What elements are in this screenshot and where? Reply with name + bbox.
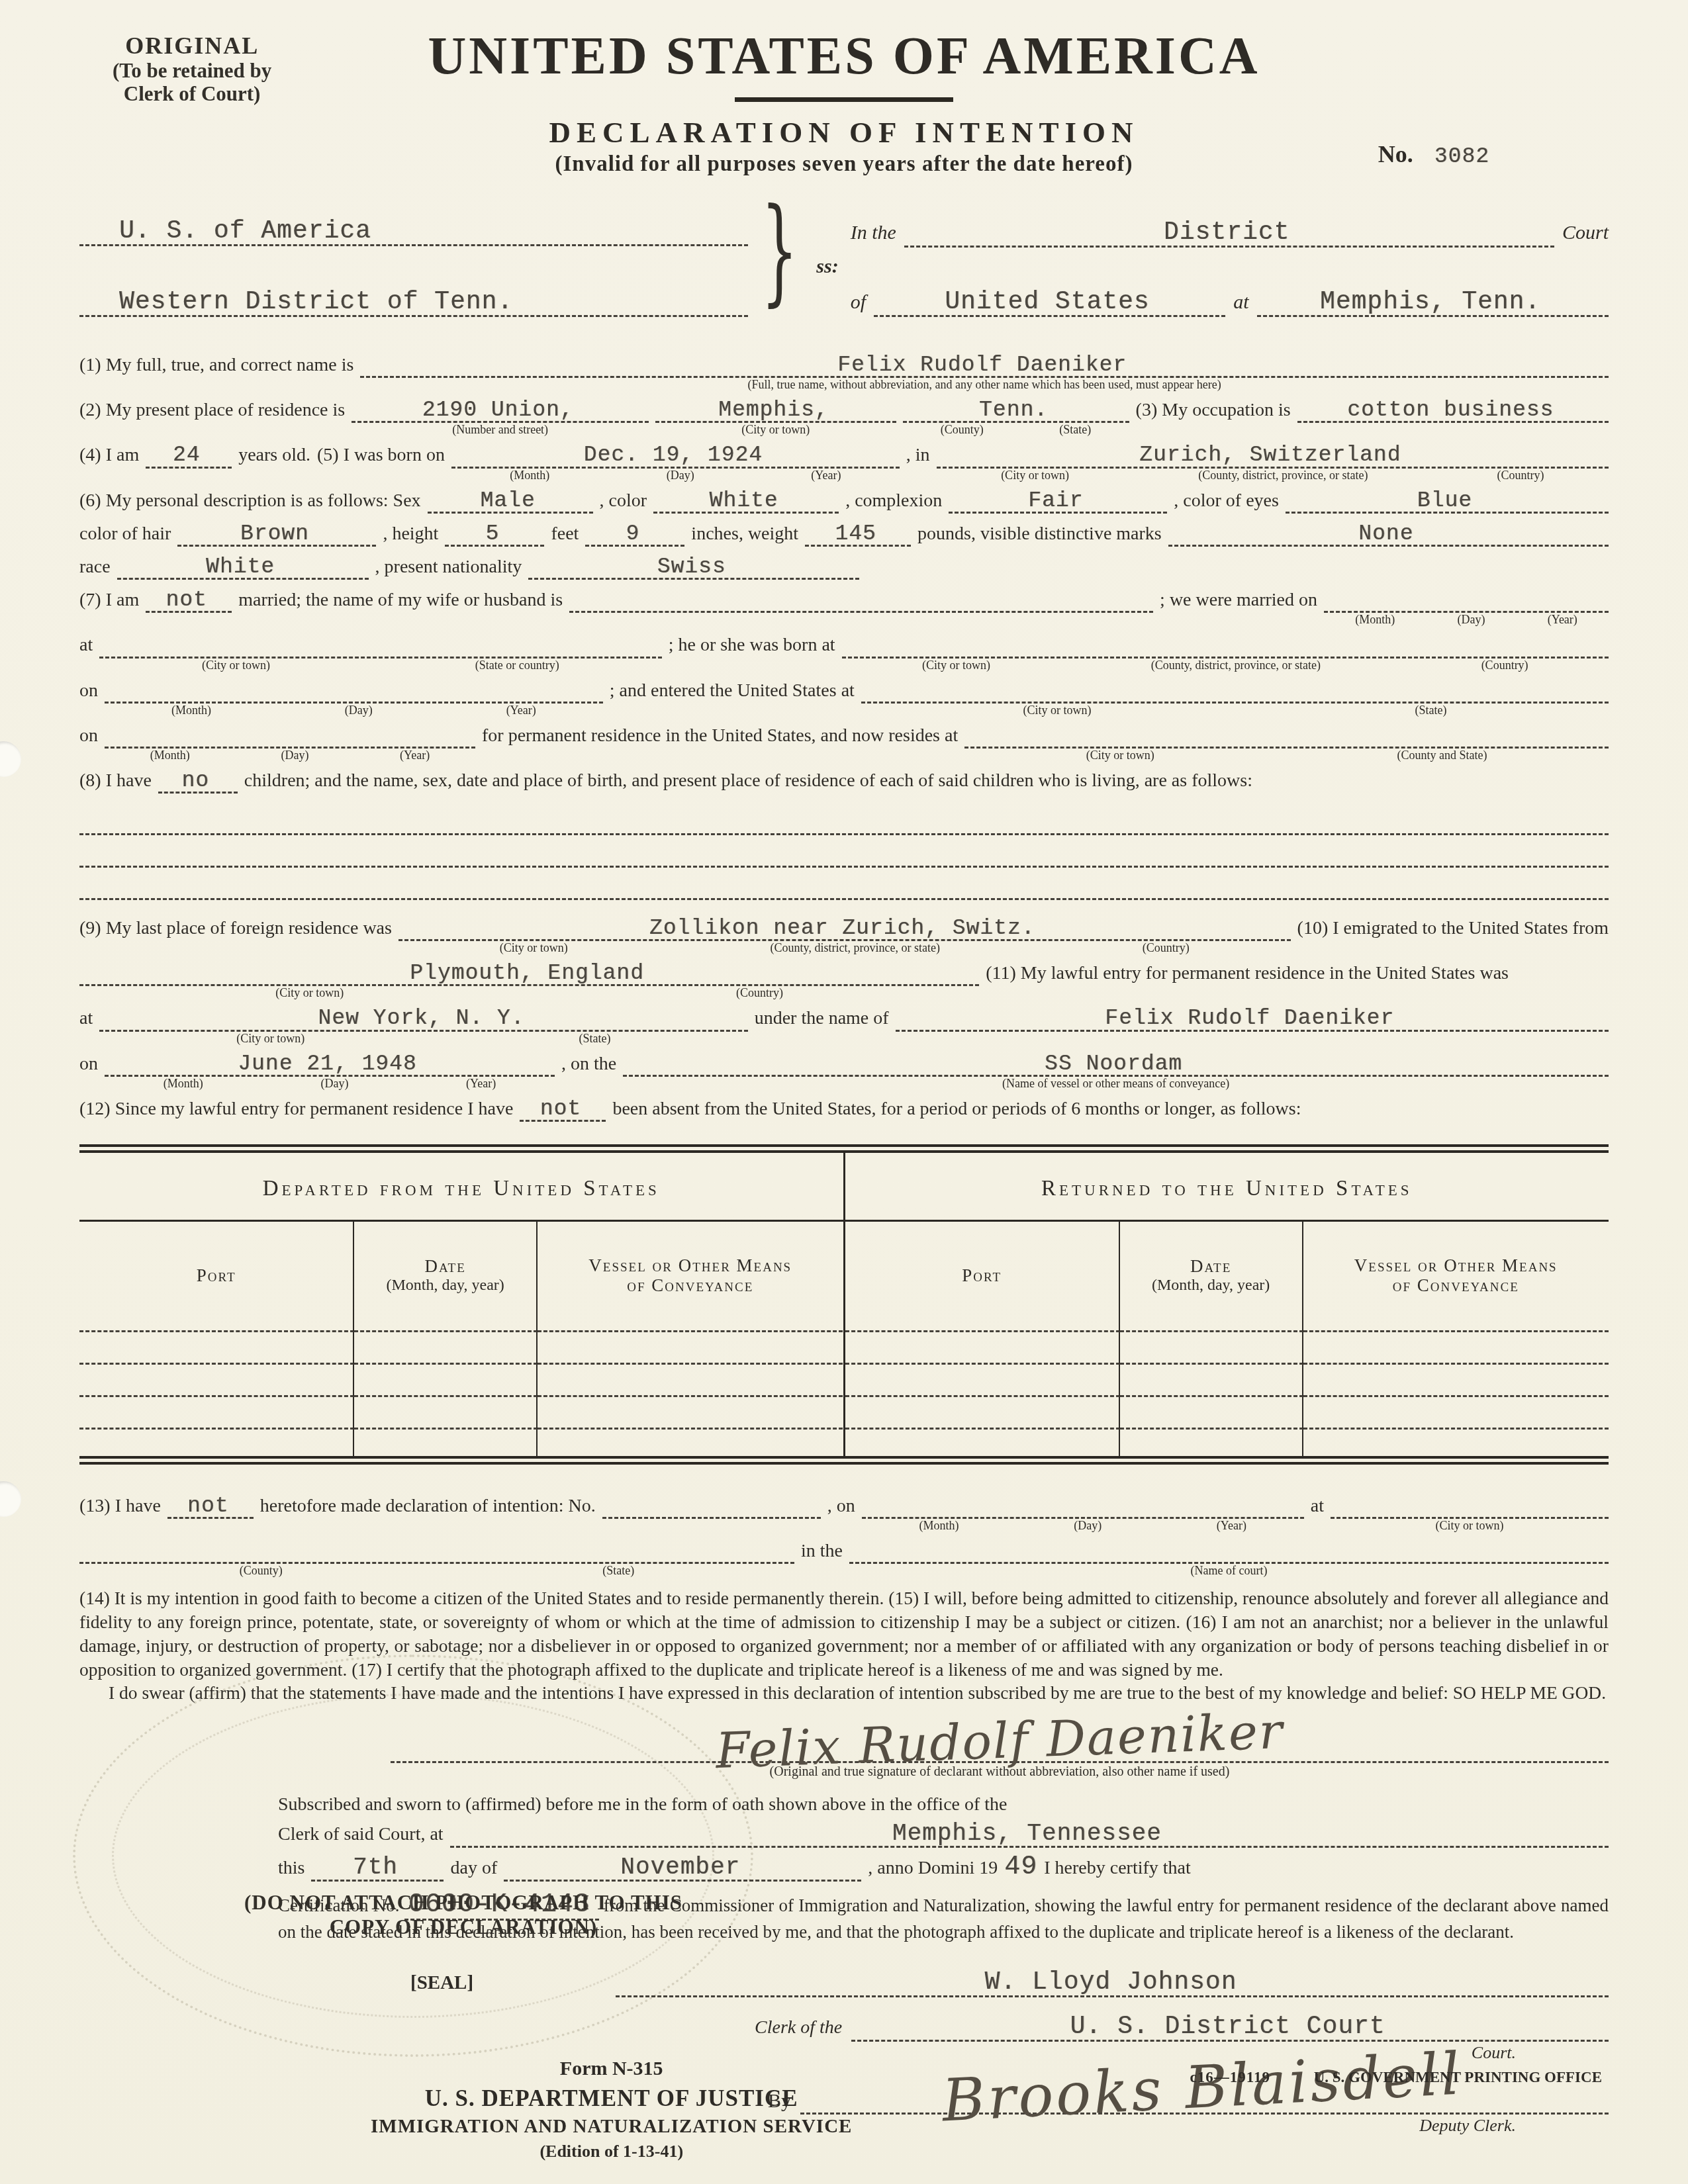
row-q9-q10: (9) My last place of foreign residence w… <box>79 917 1609 941</box>
year-value: 49 <box>1004 1854 1037 1881</box>
row-q10-q11: Plymouth, England (City or town) (Countr… <box>79 962 1609 986</box>
caption: (Country) <box>1481 659 1528 672</box>
number-value: 3082 <box>1434 144 1489 169</box>
day-of-label: day of <box>450 1858 497 1879</box>
caption: (Number and street) <box>452 424 548 436</box>
q5-birthplace-field: Zurich, Switzerland (City or town) (Coun… <box>937 444 1609 468</box>
caption: (City or town) <box>1001 469 1069 482</box>
clerk-of-row: Clerk of the U. S. District Court <box>755 2015 1609 2042</box>
caption: (County, district, province, or state) <box>1198 469 1368 482</box>
caption: (Year) <box>466 1077 496 1090</box>
caption: (Day) <box>320 1077 348 1090</box>
caption: (Year) <box>506 704 536 717</box>
q6-feet-label: feet <box>551 523 579 545</box>
q7-label-a: (7) I am <box>79 590 139 611</box>
clerk-place-field: Memphis, Tennessee <box>450 1822 1609 1848</box>
col-header-date: Date(Month, day, year) <box>354 1222 538 1332</box>
caption: (Month) <box>510 469 549 482</box>
scanned-declaration-form: ORIGINAL (To be retained by Clerk of Cou… <box>0 0 1688 2184</box>
q5-in-label: , in <box>906 445 930 466</box>
caption: (County and State) <box>1397 749 1487 762</box>
q6-color-label: , color <box>600 490 647 512</box>
q2-city-field: Memphis, (City or town) <box>655 399 896 423</box>
q8-children-field: no <box>158 770 238 794</box>
venue-left: U. S. of America Western District of Ten… <box>79 197 748 317</box>
q7-at-label: at <box>79 635 93 656</box>
caption: (State) <box>602 1565 634 1577</box>
caption: (Country) <box>1497 469 1544 482</box>
q4-label-b: years old. <box>238 445 310 466</box>
intent-paragraph: (14) It is my intention in good faith to… <box>79 1586 1609 1681</box>
caption: (Day) <box>281 749 308 762</box>
caption: (Country) <box>1143 942 1190 954</box>
footer-edition: (Edition of 1-13-41) <box>371 2140 852 2163</box>
row-q11a: at New York, N. Y. (City or town) (State… <box>79 1007 1609 1031</box>
date-row: this 7th day of November , anno Domini 1… <box>278 1854 1609 1882</box>
ss-label: ss: <box>816 255 838 278</box>
q7-entered-on-field: (Month) (Day) (Year) <box>105 725 475 749</box>
court-at-field: Memphis, Tenn. <box>1257 290 1609 317</box>
caption: (Month) <box>150 749 190 762</box>
caption: (Day) <box>1457 614 1485 626</box>
footer-center: Form N-315 U. S. DEPARTMENT OF JUSTICE I… <box>371 2056 852 2163</box>
subscribed-text: Subscribed and sworn to (affirmed) befor… <box>278 1794 1609 1815</box>
photo-note: (DO NOT ATTACH PHOTOGRAPH TO THIS COPY O… <box>199 1890 728 1939</box>
returned-title: Returned to the United States <box>845 1153 1609 1222</box>
q11-date-field: June 21, 1948 (Month) (Day) (Year) <box>105 1053 555 1077</box>
row-q7a: (7) I am not married; the name of my wif… <box>79 589 1609 613</box>
q2-county-state-field: Tenn. (County) (State) <box>903 399 1129 423</box>
q8-label-a: (8) I have <box>79 770 152 792</box>
q7-resides-at-field: (City or town) (County and State) <box>964 725 1609 749</box>
court-of-field: United States <box>874 290 1225 317</box>
q7-married-on-field: (Month) (Day) (Year) <box>1324 589 1609 613</box>
caption: (City or town) <box>236 1032 305 1045</box>
q2-label: (2) My present place of residence is <box>79 400 345 421</box>
court-type-field: District <box>904 220 1554 248</box>
q6-feet-field: 5 <box>445 523 544 547</box>
caption: (Name of court) <box>1191 1565 1268 1577</box>
q7-on2-label: on <box>79 725 98 747</box>
table-cell <box>1303 1430 1609 1456</box>
venue-section: U. S. of America Western District of Ten… <box>79 197 1609 317</box>
number-label: No. <box>1378 141 1413 167</box>
q2-street-field: 2190 Union, (Number and street) <box>352 399 649 423</box>
row-q7d: on (Month) (Day) (Year) for permanent re… <box>79 725 1609 749</box>
certify-label: I hereby certify that <box>1044 1858 1191 1879</box>
q13-declared-field: not <box>167 1495 254 1519</box>
q6-race-label: race <box>79 557 111 578</box>
brace-glyph: } <box>761 202 798 317</box>
q1-name-field: Felix Rudolf Daeniker (Full, true name, … <box>360 354 1609 378</box>
q12-absent-field: not <box>520 1098 606 1122</box>
q7-married-field: not <box>146 589 232 613</box>
absence-table: Departed from the United States Port Dat… <box>79 1144 1609 1465</box>
page-title: UNITED STATES OF AMERICA <box>79 26 1609 87</box>
row-q8: (8) I have no children; and the name, se… <box>79 770 1609 794</box>
row-q1: (1) My full, true, and correct name is F… <box>79 354 1609 378</box>
q6-sex-field: Male <box>428 490 593 514</box>
caption: (Year) <box>400 749 430 762</box>
caption: (State) <box>1059 424 1091 436</box>
q13-on-label: , on <box>827 1496 855 1517</box>
venue-line-1: U. S. of America <box>79 219 748 246</box>
title-rule <box>735 97 953 102</box>
caption: (State) <box>1415 704 1446 717</box>
court-name-field: U. S. District Court <box>851 2015 1609 2042</box>
q11-port-field: New York, N. Y. (City or town) (State) <box>99 1007 747 1031</box>
caption: (City or town) <box>500 942 568 954</box>
caption: (City or town) <box>202 659 270 672</box>
q7-spouse-name-field <box>569 589 1153 613</box>
of-label: of <box>851 291 866 314</box>
table-cell <box>79 1397 354 1430</box>
row-q12: (12) Since my lawful entry for permanent… <box>79 1098 1609 1122</box>
caption: (Day) <box>667 469 694 482</box>
q4-label-a: (4) I am <box>79 445 139 466</box>
q11-label: (11) My lawful entry for permanent resid… <box>986 963 1509 984</box>
row-q6a: (6) My personal description is as follow… <box>79 490 1609 514</box>
venue-line-2: Western District of Tenn. <box>79 290 748 317</box>
row-q7c: on (Month) (Day) (Year) ; and entered th… <box>79 680 1609 704</box>
oath-paragraph: I do swear (affirm) that the statements … <box>79 1681 1609 1705</box>
table-cell <box>354 1430 538 1456</box>
print-code: c16—19119 <box>1190 2069 1270 2085</box>
returned-half: Returned to the United States Port Date(… <box>843 1153 1609 1456</box>
footer-right: c16—19119 U. S. GOVERNMENT PRINTING OFFI… <box>1190 2069 1602 2086</box>
table-cell <box>79 1365 354 1397</box>
table-cell <box>1120 1365 1303 1397</box>
q13-label-b: heretofore made declaration of intention… <box>260 1496 596 1517</box>
q11-name-label: under the name of <box>755 1008 889 1029</box>
in-the-label: In the <box>851 222 896 244</box>
q12-label-a: (12) Since my lawful entry for permanent… <box>79 1099 513 1120</box>
q8-label-b: children; and the name, sex, date and pl… <box>244 770 1252 792</box>
clerk-at-row: Clerk of said Court, at Memphis, Tenness… <box>278 1822 1609 1848</box>
q6-nationality-field: Swiss <box>528 556 859 580</box>
caption: (Month) <box>164 1077 203 1090</box>
clerk-at-label: Clerk of said Court, at <box>278 1824 444 1845</box>
table-cell <box>538 1365 843 1397</box>
q7-entered-at-field: (City or town) (State) <box>861 680 1609 704</box>
col-header-date: Date(Month, day, year) <box>1120 1222 1303 1332</box>
q13-court-field: (Name of court) <box>849 1540 1609 1564</box>
col-header-port: Port <box>79 1222 354 1332</box>
q6-eyes-field: Blue <box>1286 490 1609 514</box>
q6-marks-label: pounds, visible distinctive marks <box>917 523 1162 545</box>
q10-label: (10) I emigrated to the United States fr… <box>1297 918 1609 939</box>
q7-married-at-field: (City or town) (State or country) <box>99 634 661 658</box>
q6-inches-label: inches, weight <box>691 523 798 545</box>
caption: (Month) <box>919 1520 959 1532</box>
table-cell <box>1303 1332 1609 1365</box>
q6-race-field: White <box>117 556 369 580</box>
q1-name-value: Felix Rudolf Daeniker <box>837 353 1127 377</box>
caption: (State or country) <box>475 659 559 672</box>
q6-height-label: , height <box>383 523 438 545</box>
blank-line <box>79 803 1609 835</box>
form-number: Form N-315 <box>371 2056 852 2083</box>
q12-label-b: been absent from the United States, for … <box>612 1099 1301 1120</box>
q6-hair-label: color of hair <box>79 523 171 545</box>
q5-label: (5) I was born on <box>317 445 445 466</box>
table-cell <box>1120 1397 1303 1430</box>
anno-label: , anno Domini 19 <box>868 1858 998 1879</box>
table-cell <box>79 1332 354 1365</box>
at-label: at <box>1233 291 1248 314</box>
q13-place-field: (City or town) <box>1331 1495 1609 1519</box>
row-q13b: (County) (State) in the (Name of court) <box>79 1540 1609 1564</box>
q6-weight-field: 145 <box>805 523 911 547</box>
q6-complexion-label: , complexion <box>845 490 942 512</box>
blank-line <box>79 868 1609 900</box>
row-q2-q3: (2) My present place of residence is 219… <box>79 399 1609 423</box>
table-cell <box>845 1332 1120 1365</box>
this-label: this <box>278 1858 305 1879</box>
row-q11b: on June 21, 1948 (Month) (Day) (Year) , … <box>79 1053 1609 1077</box>
blank-line <box>79 835 1609 868</box>
q6-label: (6) My personal description is as follow… <box>79 490 421 512</box>
q13-county-state-field: (County) (State) <box>79 1540 794 1564</box>
copy-note-line1: (To be retained by <box>113 60 271 83</box>
row-q7b: at (City or town) (State or country) ; h… <box>79 634 1609 658</box>
q7-label-b: married; the name of my wife or husband … <box>238 590 563 611</box>
q5-dob-field: Dec. 19, 1924 (Month) (Day) (Year) <box>451 444 900 468</box>
q13-inthe-label: in the <box>801 1541 843 1562</box>
col-header-vessel: Vessel or Other Meansof Conveyance <box>538 1222 843 1332</box>
caption: (Year) <box>1217 1520 1246 1532</box>
document-number: No. 3082 <box>1378 140 1489 168</box>
caption: (Day) <box>345 704 373 717</box>
caption: (City or town) <box>1436 1520 1504 1532</box>
caption: (City or town) <box>922 659 990 672</box>
q11-at-label: at <box>79 1008 93 1029</box>
q6-color-field: White <box>653 490 839 514</box>
q6-inches-field: 9 <box>585 523 684 547</box>
court-place-line: of United States at Memphis, Tenn. <box>851 290 1609 317</box>
q13-at-label: at <box>1311 1496 1324 1517</box>
clerk-name-field: W. Lloyd Johnson <box>616 1970 1609 1997</box>
q7-label-f: for permanent residence in the United St… <box>482 725 958 747</box>
q13-label-a: (13) I have <box>79 1496 161 1517</box>
q7-label-e: ; and entered the United States at <box>610 680 855 702</box>
table-cell <box>354 1332 538 1365</box>
court-line: In the District Court <box>851 220 1609 248</box>
col-header-vessel: Vessel or Other Meansof Conveyance <box>1303 1222 1609 1332</box>
caption: (County) <box>941 424 984 436</box>
table-cell <box>538 1430 843 1456</box>
caption: (Month) <box>1355 614 1395 626</box>
caption: (Full, true name, without abbreviation, … <box>748 379 1221 391</box>
row-q13a: (13) I have not heretofore made declarat… <box>79 1495 1609 1519</box>
q11-vessel-label: , on the <box>561 1054 616 1075</box>
table-cell <box>79 1430 354 1456</box>
table-cell <box>538 1397 843 1430</box>
table-cell <box>1303 1365 1609 1397</box>
q6-marks-field: None <box>1168 523 1609 547</box>
q9-label: (9) My last place of foreign residence w… <box>79 918 392 939</box>
caption: (City or town) <box>741 424 810 436</box>
row-q6c: race White , present nationality Swiss <box>79 556 1609 580</box>
q6-complexion-field: Fair <box>949 490 1167 514</box>
caption: (County, district, province, or state) <box>1151 659 1321 672</box>
q11-on-label: on <box>79 1054 98 1075</box>
table-cell <box>1120 1430 1303 1456</box>
venue-right: In the District Court of United States a… <box>851 197 1609 317</box>
q7-born-at-field: (City or town) (County, district, provin… <box>842 634 1609 658</box>
clerk-of-label: Clerk of the <box>755 2017 842 2038</box>
caption: (Month) <box>171 704 211 717</box>
table-cell <box>354 1365 538 1397</box>
declarant-signature-line: Felix Rudolf Daeniker <box>391 1717 1609 1763</box>
q11-name-field: Felix Rudolf Daeniker <box>896 1007 1609 1031</box>
caption: (City or town) <box>275 987 344 999</box>
caption: (County) <box>240 1565 283 1577</box>
q7-on-label: on <box>79 680 98 702</box>
court-label: Court <box>1562 222 1609 244</box>
q13-number-field <box>602 1495 821 1519</box>
table-cell <box>845 1365 1120 1397</box>
fields-section: (1) My full, true, and correct name is F… <box>79 354 1609 1122</box>
q7-label-c: ; we were married on <box>1160 590 1317 611</box>
footer-service: IMMIGRATION AND NATURALIZATION SERVICE <box>371 2114 852 2140</box>
caption: (Name of vessel or other means of convey… <box>1002 1077 1229 1090</box>
caption: (City or town) <box>1086 749 1154 762</box>
departed-half: Departed from the United States Port Dat… <box>79 1153 843 1456</box>
q4-age-field: 24 <box>146 444 232 468</box>
table-cell <box>845 1397 1120 1430</box>
footer-dept: U. S. DEPARTMENT OF JUSTICE <box>371 2083 852 2114</box>
caption: (City or town) <box>1023 704 1091 717</box>
caption: (County, district, province, or state) <box>771 942 940 954</box>
day-field: 7th <box>311 1856 444 1882</box>
original-label: ORIGINAL <box>113 32 271 60</box>
copy-note-line2: Clerk of Court) <box>113 83 271 106</box>
table-cell <box>1120 1332 1303 1365</box>
month-field: November <box>504 1856 861 1882</box>
q6-nationality-label: , present nationality <box>375 557 522 578</box>
q6-eyes-label: , color of eyes <box>1174 490 1279 512</box>
table-cell <box>845 1430 1120 1456</box>
q7-born-on-field: (Month) (Day) (Year) <box>105 680 603 704</box>
gpo-label: U. S. GOVERNMENT PRINTING OFFICE <box>1314 2069 1602 2085</box>
table-cell <box>1303 1397 1609 1430</box>
q3-occupation-field: cotton business <box>1297 399 1609 423</box>
table-cell <box>538 1332 843 1365</box>
row-q4-q5: (4) I am 24 years old. (5) I was born on… <box>79 444 1609 468</box>
caption: (Country) <box>736 987 783 999</box>
col-header-port: Port <box>845 1222 1120 1332</box>
q1-label: (1) My full, true, and correct name is <box>79 355 353 376</box>
table-cell <box>354 1397 538 1430</box>
q3-label: (3) My occupation is <box>1136 400 1291 421</box>
q9-residence-field: Zollikon near Zurich, Switz. (City or to… <box>399 917 1291 941</box>
caption: (Year) <box>811 469 841 482</box>
copy-designation: ORIGINAL (To be retained by Clerk of Cou… <box>113 32 271 105</box>
row-q6b: color of hair Brown , height 5 feet 9 in… <box>79 523 1609 547</box>
q11-vessel-field: SS Noordam (Name of vessel or other mean… <box>623 1053 1609 1077</box>
departed-title: Departed from the United States <box>79 1153 843 1222</box>
q7-label-d: ; he or she was born at <box>669 635 835 656</box>
q13-date-field: (Month) (Day) (Year) <box>862 1495 1304 1519</box>
clerk-name-row: [SEAL] W. Lloyd Johnson <box>410 1970 1609 1997</box>
q8-children-lines <box>79 803 1609 900</box>
seal-label: [SEAL] <box>410 1972 473 1994</box>
q10-emigrated-field: Plymouth, England (City or town) (Countr… <box>79 962 979 986</box>
q6-hair-field: Brown <box>177 523 376 547</box>
caption: (State) <box>579 1032 611 1045</box>
caption: (Day) <box>1074 1520 1102 1532</box>
caption: (Year) <box>1548 614 1577 626</box>
form-content: ORIGINAL (To be retained by Clerk of Cou… <box>0 0 1688 2184</box>
